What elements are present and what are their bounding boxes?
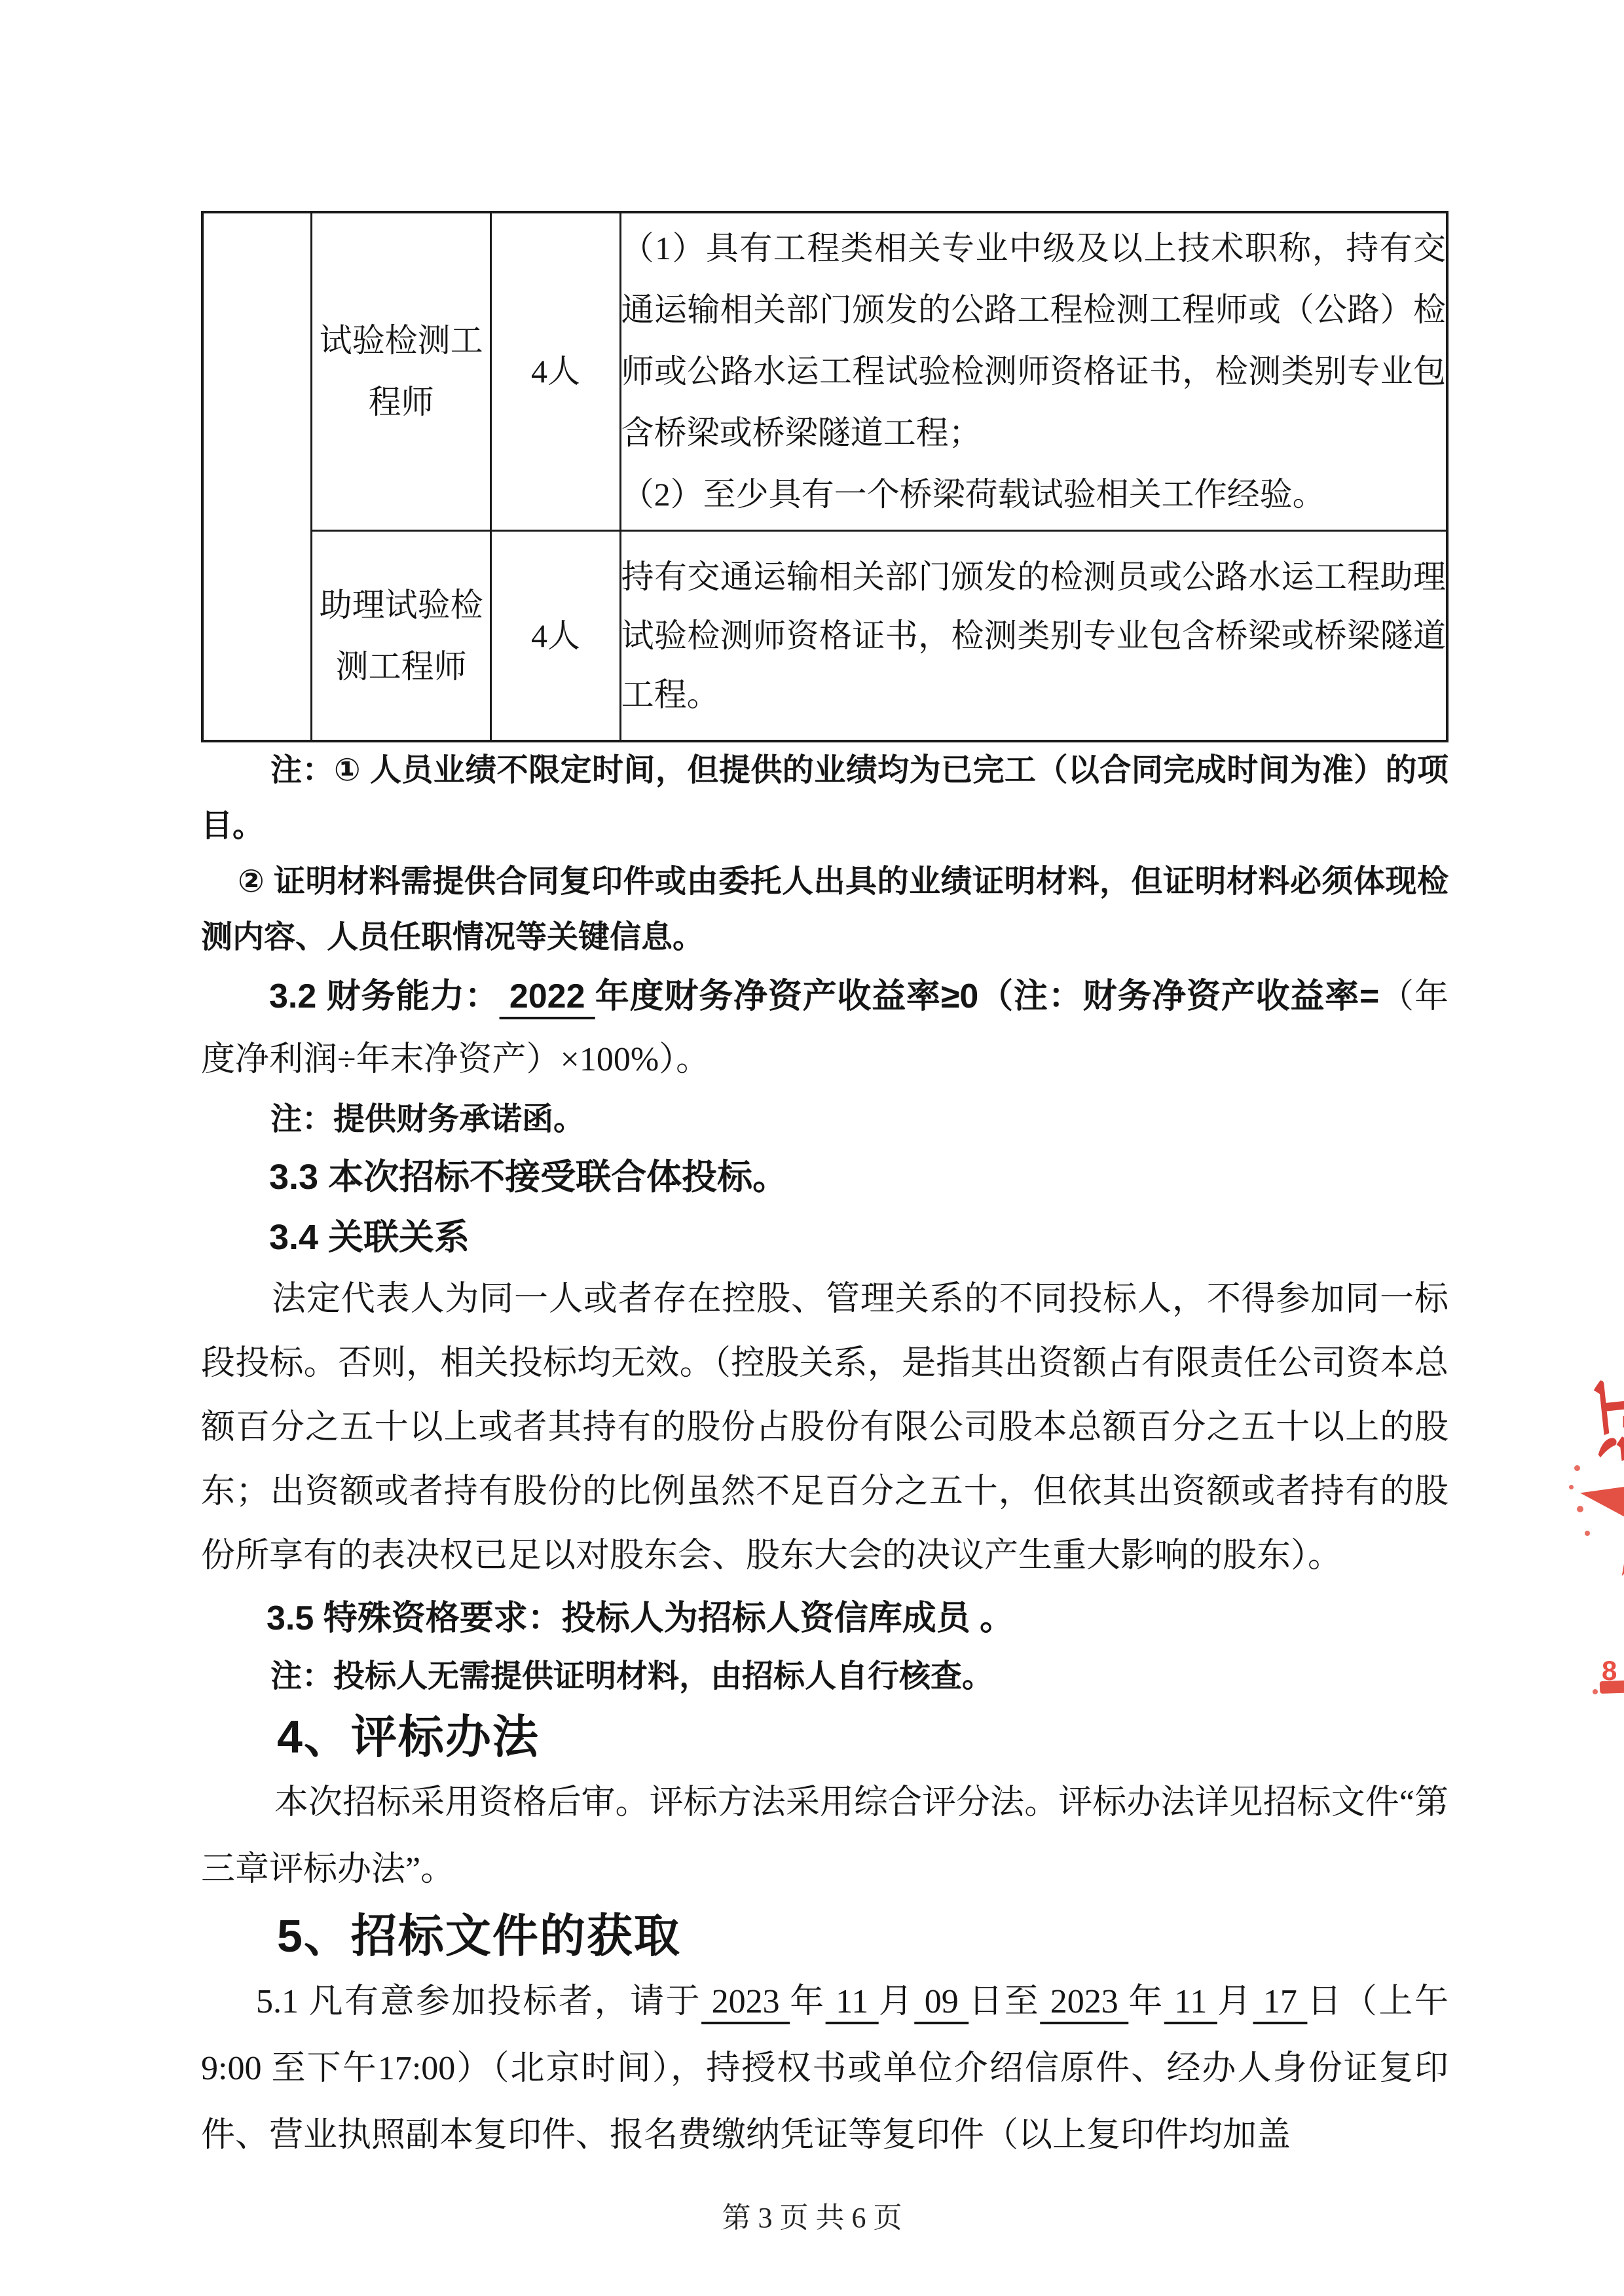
stamp-character: 证	[1564, 1368, 1624, 1467]
page-number-footer: 第 3 页 共 6 页	[0, 2194, 1624, 2236]
date-day-start: 09	[914, 1983, 969, 2020]
stamp-speckle	[1585, 1531, 1590, 1536]
table-row: 试验检测工程师 4人 （1）具有工程类相关专业中级及以上技术职称，持有交通运输相…	[202, 212, 1447, 530]
requirement-item-1: 持有交通运输相关部门颁发的检测员或公路水运工程助理试验检测师资格证书，检测类别专…	[621, 547, 1446, 724]
table-cell-requirements: 持有交通运输相关部门颁发的检测员或公路水运工程助理试验检测师资格证书，检测类别专…	[620, 530, 1447, 741]
personnel-qualification-table: 试验检测工程师 4人 （1）具有工程类相关专业中级及以上技术职称，持有交通运输相…	[201, 211, 1449, 742]
stamp-speckle	[1593, 1689, 1598, 1694]
requirement-item-2: （2）至少具有一个桥梁荷载试验相关工作经验。	[621, 464, 1446, 525]
date-year-end: 2023	[1040, 1983, 1128, 2020]
table-note-2: ② 证明材料需提供合同复印件或由委托人出具的业绩证明材料，但证明材料必须体现检测…	[201, 854, 1449, 965]
section-3-2-note: 注：提供财务承诺函。	[201, 1091, 1449, 1147]
section-3-5-title: 3.5 特殊资格要求：投标人为招标人资信库成员 。	[201, 1588, 1449, 1649]
stamp-speckle	[1574, 1465, 1580, 1471]
table-cell-role: 助理试验检测工程师	[312, 530, 491, 741]
section-4-body: 本次招标采用资格后审。评标方法采用综合评分法。评标办法详见招标文件“第三章评标办…	[201, 1770, 1449, 1903]
section-5-heading: 5、招标文件的获取	[201, 1903, 1449, 1969]
section-3-4-body: 法定代表人为同一人或者存在控股、管理关系的不同投标人，不得参加同一标段投标。否则…	[201, 1267, 1449, 1588]
table-cell-role: 试验检测工程师	[312, 212, 491, 530]
section-4-heading: 4、评标办法	[201, 1704, 1449, 1770]
section-3-2-bold-text: 年度财务净资产收益率≥0（注：财务净资产收益率=	[595, 977, 1380, 1015]
section-3-3-title: 3.3 本次招标不接受联合体投标。	[201, 1147, 1449, 1207]
table-cell-blank	[202, 212, 312, 741]
section-3-4-title: 3.4 关联关系	[201, 1207, 1449, 1267]
p51-run: 日至	[969, 1983, 1040, 2020]
date-day-end: 17	[1253, 1983, 1307, 2020]
table-cell-requirements: （1）具有工程类相关专业中级及以上技术职称，持有交通运输相关部门颁发的公路工程检…	[620, 212, 1447, 530]
p51-run: 5.1 凡有意参加投标者，请于	[256, 1983, 701, 2020]
table-note-1: 注：① 人员业绩不限定时间，但提供的业绩均为已完工（以合同完成时间为准）的项目。	[201, 742, 1449, 854]
p51-run: 年	[1128, 1983, 1164, 2020]
document-page: 试验检测工程师 4人 （1）具有工程类相关专业中级及以上技术职称，持有交通运输相…	[0, 0, 1624, 2296]
date-year-start: 2023	[701, 1983, 790, 2020]
date-month-end: 11	[1164, 1983, 1217, 2020]
p51-run: 月	[879, 1983, 915, 2020]
section-3-2-label: 3.2 财务能力：	[269, 977, 500, 1015]
date-month-start: 11	[826, 1983, 879, 2020]
section-3-5-note: 注：投标人无需提供证明材料，由招标人自行核查。	[201, 1649, 1449, 1704]
year-underlined: 2022	[500, 977, 595, 1015]
section-5-1-paragraph: 5.1 凡有意参加投标者，请于 2023 年 11 月 09 日至 2023 年…	[201, 1969, 1449, 2169]
requirement-item-1: （1）具有工程类相关专业中级及以上技术职称，持有交通运输相关部门颁发的公路工程检…	[621, 217, 1446, 464]
stamp-smear	[1600, 1680, 1624, 1694]
p51-run: 月	[1217, 1983, 1253, 2020]
section-3-2: 3.2 财务能力： 2022 年度财务净资产收益率≥0（注：财务净资产收益率=（…	[201, 965, 1449, 1091]
table-cell-count: 4人	[491, 212, 620, 530]
table-cell-count: 4人	[491, 530, 620, 741]
p51-run: 年	[790, 1983, 826, 2020]
stamp-speckle	[1569, 1485, 1574, 1489]
table-row: 助理试验检测工程师 4人 持有交通运输相关部门颁发的检测员或公路水运工程助理试验…	[202, 530, 1447, 741]
stamp-speckle	[1577, 1506, 1583, 1512]
